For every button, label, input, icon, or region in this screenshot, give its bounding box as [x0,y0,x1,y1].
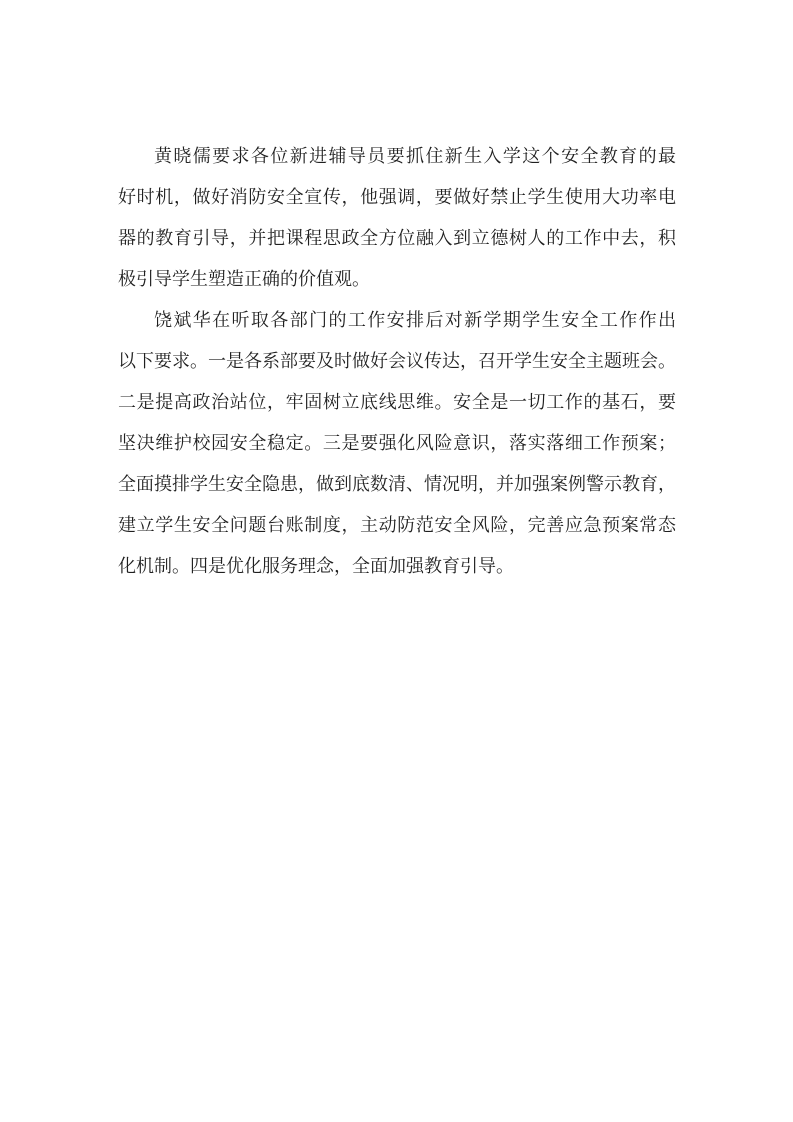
text-line: 全面摸排学生安全隐患，做到底数清、情况明，并加强案例警示教育， [118,464,676,505]
text-line: 黄晓儒要求各位新进辅导员要抓住新生入学这个安全教育的最 [118,136,676,177]
text-line: 建立学生安全问题台账制度，主动防范安全风险，完善应急预案常态 [118,505,676,546]
paragraph: 黄晓儒要求各位新进辅导员要抓住新生入学这个安全教育的最好时机，做好消防安全宣传，… [118,136,676,300]
text-line: 器的教育引导，并把课程思政全方位融入到立德树人的工作中去，积 [118,218,676,259]
text-line: 坚决维护校园安全稳定。三是要强化风险意识，落实落细工作预案； [118,423,676,464]
document-page: 黄晓儒要求各位新进辅导员要抓住新生入学这个安全教育的最好时机，做好消防安全宣传，… [0,0,793,1122]
text-line: 化机制。四是优化服务理念，全面加强教育引导。 [118,546,676,587]
text-line: 二是提高政治站位，牢固树立底线思维。安全是一切工作的基石，要 [118,382,676,423]
text-line: 饶斌华在听取各部门的工作安排后对新学期学生安全工作作出 [118,300,676,341]
text-line: 以下要求。一是各系部要及时做好会议传达，召开学生安全主题班会。 [118,341,676,382]
paragraph: 饶斌华在听取各部门的工作安排后对新学期学生安全工作作出以下要求。一是各系部要及时… [118,300,676,587]
text-line: 极引导学生塑造正确的价值观。 [118,259,676,300]
document-body: 黄晓儒要求各位新进辅导员要抓住新生入学这个安全教育的最好时机，做好消防安全宣传，… [118,136,676,587]
text-line: 好时机，做好消防安全宣传，他强调，要做好禁止学生使用大功率电 [118,177,676,218]
